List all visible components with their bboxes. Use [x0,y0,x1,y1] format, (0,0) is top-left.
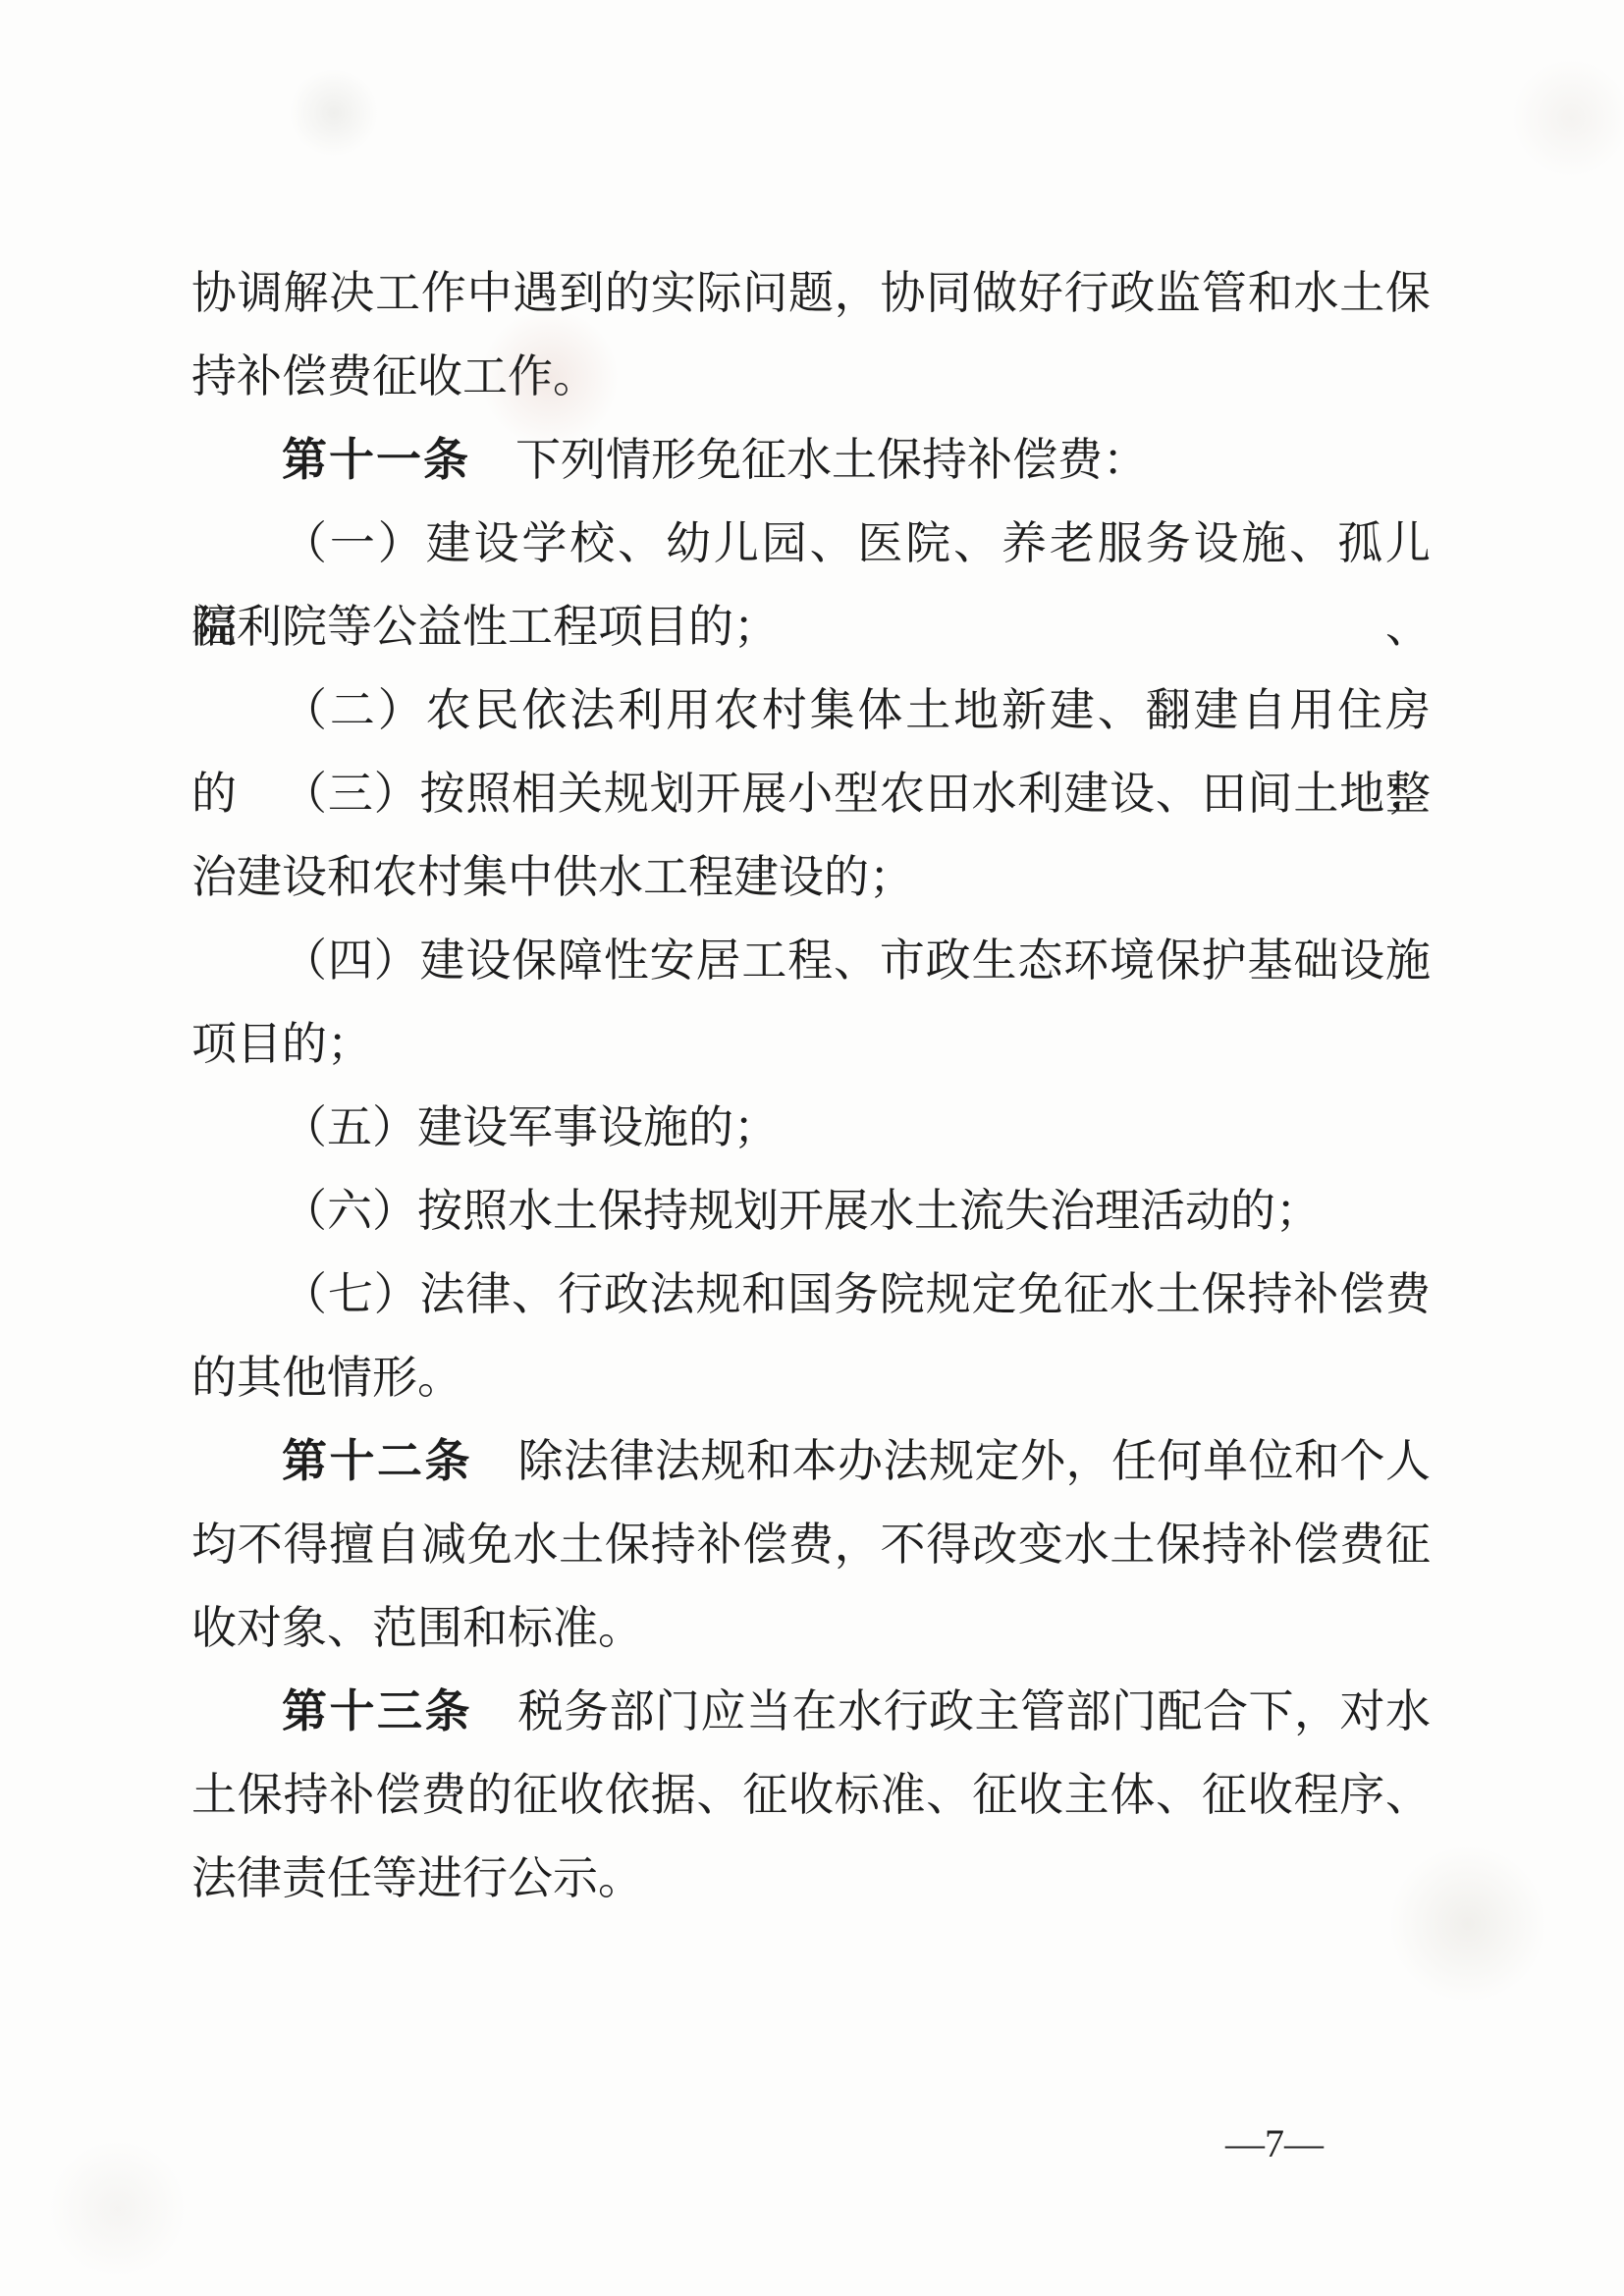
article-number: 第十二条 [282,1435,472,1486]
page-number: —7— [1225,2120,1324,2166]
article-text: 下列情形免征水土保持补偿费： [470,435,1148,485]
text-line: 均不得擅自减免水土保持补偿费，不得改变水土保持补偿费征 [191,1503,1431,1586]
text-line: 的其他情形。 [191,1336,1431,1419]
article-text: 除法律法规和本办法规定外，任何单位和个人 [472,1436,1431,1486]
text-line: 土保持补偿费的征收依据、征收标准、征收主体、征收程序、 [191,1753,1431,1837]
text-line: （四）建设保障性安居工程、市政生态环境保护基础设施 [191,919,1431,1002]
article-number: 第十一条 [282,434,470,485]
text-line: 收对象、范围和标准。 [191,1586,1431,1670]
text-line: 第十一条 下列情形免征水土保持补偿费： [191,418,1431,502]
text-line: 协调解决工作中遇到的实际问题，协同做好行政监管和水土保 [191,251,1431,335]
text-line: （五）建设军事设施的； [191,1086,1431,1169]
text-line: （六）按照水土保持规划开展水土流失治理活动的； [191,1169,1431,1253]
document-body: 协调解决工作中遇到的实际问题，协同做好行政监管和水土保持补偿费征收工作。第十一条… [191,251,1431,1920]
article-text: 税务部门应当在水行政主管部门配合下，对水 [472,1686,1431,1736]
text-line: （三）按照相关规划开展小型农田水利建设、田间土地整 [191,752,1431,835]
article-number: 第十三条 [282,1685,472,1736]
text-line: （二）农民依法利用农村集体土地新建、翻建自用住房的； [191,668,1431,752]
text-line: 第十三条 税务部门应当在水行政主管部门配合下，对水 [191,1670,1431,1753]
text-line: 治建设和农村集中供水工程建设的； [191,835,1431,919]
scanned-document-page: 协调解决工作中遇到的实际问题，协同做好行政监管和水土保持补偿费征收工作。第十一条… [0,0,1624,2296]
text-line: （一）建设学校、幼儿园、医院、养老服务设施、孤儿院、 [191,502,1431,585]
text-line: （七）法律、行政法规和国务院规定免征水土保持补偿费 [191,1253,1431,1336]
text-line: 持补偿费征收工作。 [191,335,1431,418]
text-line: 第十二条 除法律法规和本办法规定外，任何单位和个人 [191,1419,1431,1503]
text-line: 法律责任等进行公示。 [191,1837,1431,1920]
text-line: 项目的； [191,1002,1431,1086]
